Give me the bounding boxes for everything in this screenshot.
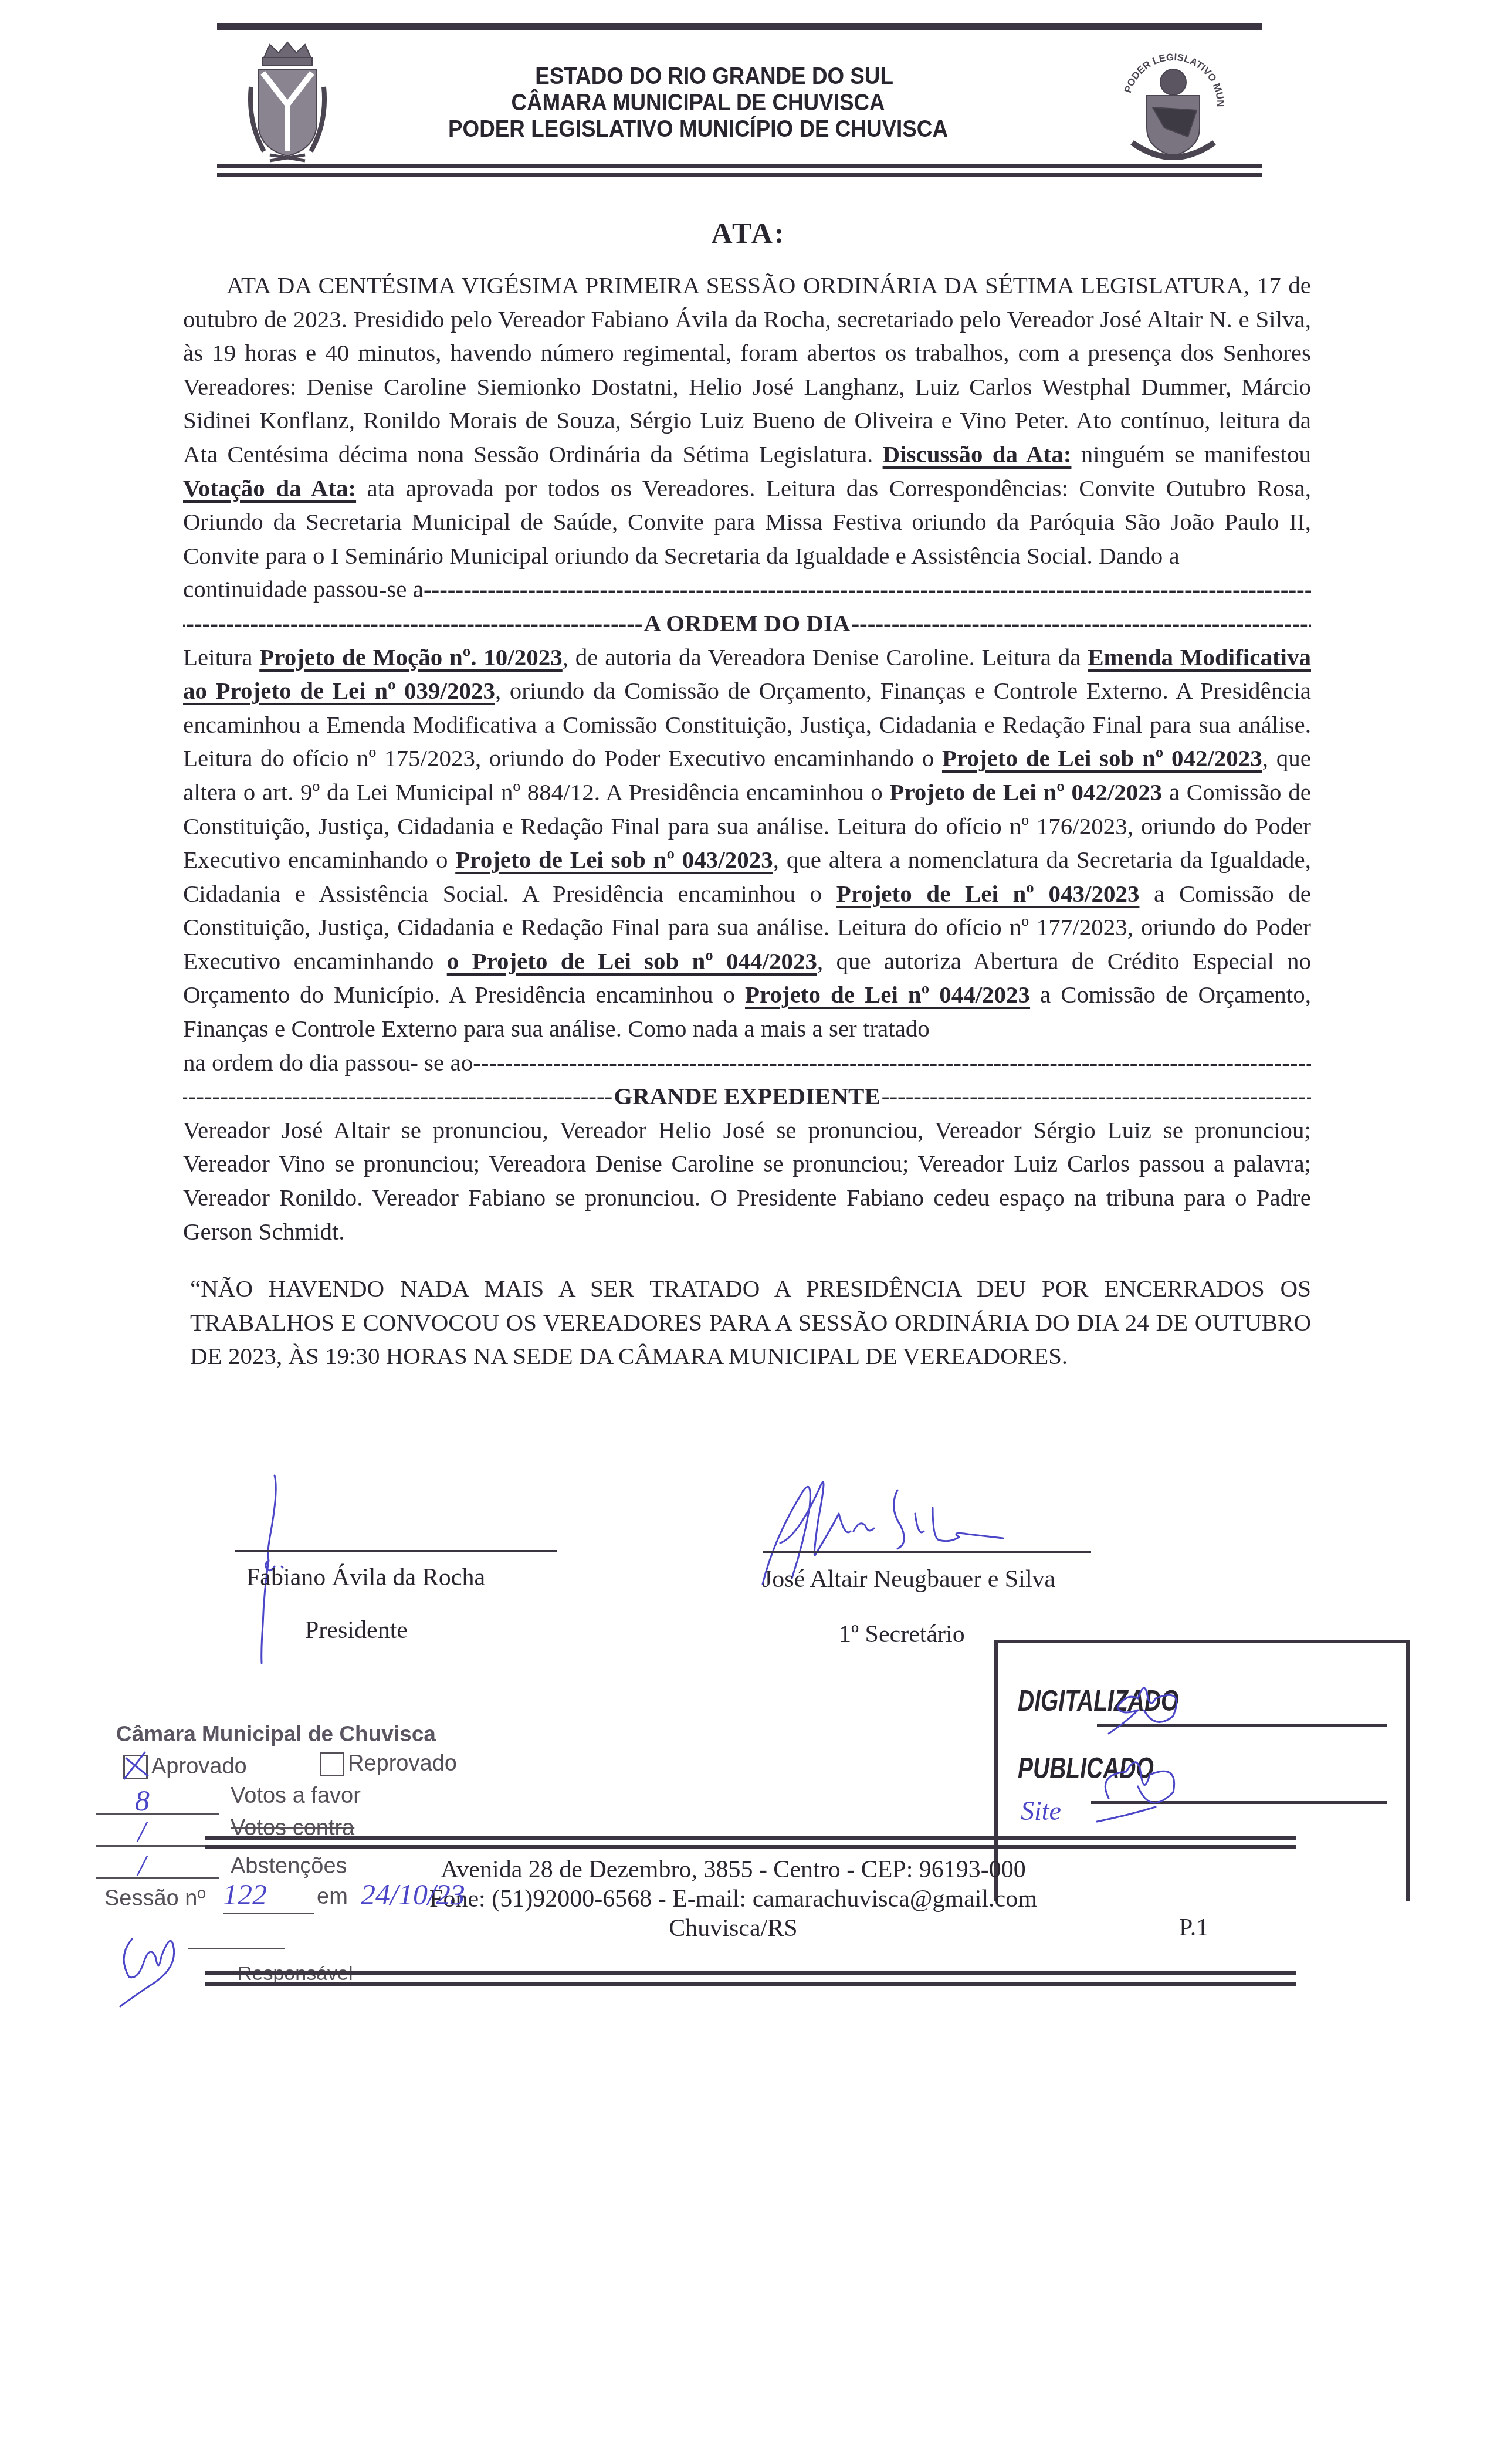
item-pl-042: Projeto de Lei nº 042/2023 [889, 779, 1162, 805]
intro-paragraph: ATA DA CENTÉSIMA VIGÉSIMA PRIMEIRA SESSÃ… [183, 269, 1311, 573]
footer-city: Chuvisca/RS [352, 1914, 1115, 1943]
vote-label: Votação da Ata: [183, 475, 356, 502]
secretary-name: José Altair Neugbauer e Silva [763, 1565, 1055, 1593]
item-mocao: Projeto de Moção nº. 10/2023 [259, 644, 563, 671]
vote-option-aprovado: Aprovado [123, 1754, 247, 1779]
checkmark-x-icon [121, 1749, 151, 1782]
abstentions-label: Abstenções [231, 1854, 347, 1879]
grande-expediente-paragraph: Vereador José Altair se pronunciou, Vere… [183, 1113, 1311, 1248]
ordem-do-dia-paragraph: Leitura Projeto de Moção nº. 10/2023, de… [183, 641, 1311, 1046]
header-line-legislative: PODER LEGISLATIVO MUNICÍPIO DE CHUVISCA [358, 116, 1038, 143]
responsible-blank [188, 1948, 285, 1949]
vote-stamp-title: Câmara Municipal de Chuvisca [116, 1722, 436, 1747]
intro-continuation: continuidade passou-se a----------------… [183, 573, 1311, 607]
page-number: P.1 [1179, 1914, 1208, 1942]
secretary-role: 1º Secretário [839, 1620, 965, 1649]
header-bottom-rule [217, 164, 1262, 177]
stamp-handwritten-note: Site [1021, 1795, 1061, 1826]
item-pl-043: Projeto de Lei nº 043/2023 [836, 880, 1140, 907]
footer-address: Avenida 28 de Dezembro, 3855 - Centro - … [352, 1855, 1115, 1884]
item-pl-044: Projeto de Lei nº 044/2023 [745, 981, 1030, 1008]
president-signature-line [235, 1550, 557, 1552]
session-date-label: em [317, 1884, 348, 1910]
responsible-initials-icon [114, 1921, 191, 2009]
municipal-coat-of-arms-icon [246, 40, 328, 163]
dash-filler: ----------------------------------------… [424, 573, 1311, 607]
secretary-signature-line [763, 1551, 1091, 1553]
session-number-label: Sessão nº [104, 1886, 205, 1911]
votes-contra-blank [96, 1845, 219, 1847]
legislative-seal-icon: PODER LEGISLATIVO MUNICIPAL [1117, 40, 1229, 163]
header-title: ESTADO DO RIO GRANDE DO SUL CÂMARA MUNIC… [358, 63, 1038, 143]
footer-bottom-rule [205, 1971, 1296, 1986]
reprovado-checkbox [320, 1752, 344, 1776]
votes-contra-value: / [138, 1814, 146, 1848]
item-pl-043-sob: Projeto de Lei sob nº 043/2023 [455, 846, 773, 873]
president-role: Presidente [305, 1616, 408, 1644]
abstentions-blank [96, 1877, 219, 1879]
header-top-rule [217, 23, 1262, 30]
session-number-value: 122 [223, 1877, 267, 1911]
minutes-body: ATA DA CENTÉSIMA VIGÉSIMA PRIMEIRA SESSÃ… [183, 269, 1311, 1373]
footer-address-block: Avenida 28 de Dezembro, 3855 - Centro - … [352, 1855, 1115, 1943]
aprovado-checkbox [123, 1755, 148, 1779]
footer-contact: Fone: (51)92000-6568 - E-mail: camarachu… [352, 1884, 1115, 1914]
item-pl-042-sob: Projeto de Lei sob nº 042/2023 [942, 744, 1262, 771]
stamp-initials-2-icon [1091, 1751, 1197, 1827]
section-heading-grande-expediente: ----------------------------------------… [183, 1079, 1311, 1113]
votes-favor-blank [96, 1813, 219, 1815]
session-date-value: 24/10/23 [361, 1877, 465, 1911]
closing-paragraph: “NÃO HAVENDO NADA MAIS A SER TRATADO A P… [183, 1272, 1311, 1373]
item-pl-044-sob: o Projeto de Lei sob nº 044/2023 [447, 947, 817, 974]
session-number-blank [223, 1913, 314, 1914]
header-line-chamber: CÂMARA MUNICIPAL DE CHUVISCA [358, 90, 1038, 116]
document-title: ATA: [0, 216, 1497, 250]
footer-top-rule [205, 1836, 1296, 1849]
section-heading-ordem-do-dia: ----------------------------------------… [183, 607, 1311, 641]
header-line-state: ESTADO DO RIO GRANDE DO SUL [358, 63, 1038, 90]
discussion-label: Discussão da Ata: [883, 441, 1072, 468]
president-name: Fabiano Ávila da Rocha [246, 1563, 485, 1592]
ordem-continuation: na ordem do dia passou- se ao-----------… [183, 1046, 1311, 1080]
vote-option-reprovado: Reprovado [320, 1751, 457, 1776]
stamp-initials-icon [1103, 1675, 1197, 1739]
votes-favor-label: Votos a favor [231, 1783, 361, 1809]
